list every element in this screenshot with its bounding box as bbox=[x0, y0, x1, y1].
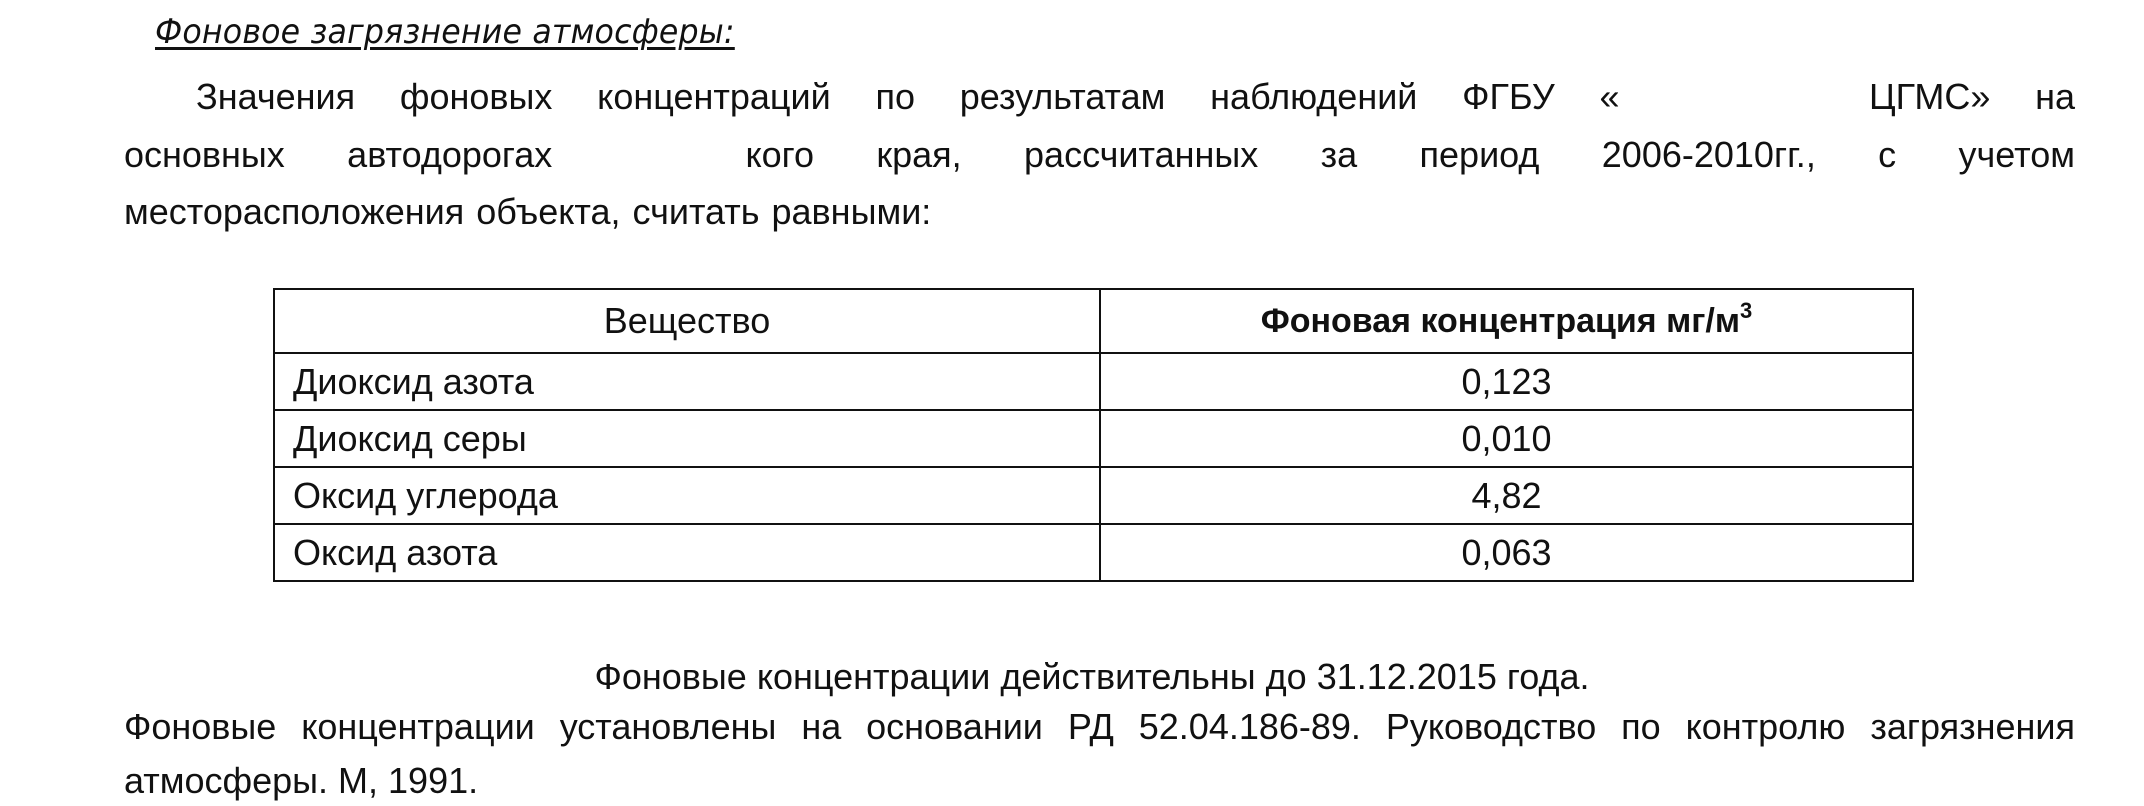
header-concentration-label: Фоновая концентрация мг/м bbox=[1261, 302, 1740, 340]
substance-cell: Диоксид серы bbox=[274, 410, 1100, 467]
substance-cell: Диоксид азота bbox=[274, 353, 1100, 410]
section-heading: Фоновое загрязнение атмосферы: bbox=[155, 10, 735, 54]
basis-note-line-1: Фоновые концентрации установлены на осно… bbox=[124, 700, 2075, 754]
background-concentration-table: Вещество Фоновая концентрация мг/м3 Диок… bbox=[273, 288, 1914, 582]
table-row: Оксид углерода 4,82 bbox=[274, 467, 1913, 524]
unit-exponent: 3 bbox=[1740, 298, 1752, 323]
intro-line-3: месторасположения объекта, считать равны… bbox=[124, 183, 2075, 241]
table-row: Диоксид серы 0,010 bbox=[274, 410, 1913, 467]
document-page: Фоновое загрязнение атмосферы: Значения … bbox=[0, 0, 2144, 806]
value-cell: 0,010 bbox=[1100, 410, 1913, 467]
header-substance: Вещество bbox=[274, 289, 1100, 353]
table-row: Диоксид азота 0,123 bbox=[274, 353, 1913, 410]
intro-paragraph: Значения фоновых концентраций по результ… bbox=[124, 68, 2075, 241]
value-cell: 0,123 bbox=[1100, 353, 1913, 410]
validity-note: Фоновые концентрации действительны до 31… bbox=[0, 652, 2144, 702]
intro-line-1: Значения фоновых концентраций по результ… bbox=[124, 68, 2075, 126]
table-header-row: Вещество Фоновая концентрация мг/м3 bbox=[274, 289, 1913, 353]
basis-note-line-2: атмосферы. М, 1991. bbox=[124, 754, 2075, 806]
redacted-region: Приморский bbox=[1619, 68, 1824, 126]
intro-line-1-end: ЦГМС» на bbox=[1869, 76, 2075, 117]
intro-line-2-start: основных автодорогах bbox=[124, 134, 552, 175]
intro-line-2-end: кого края, рассчитанных за период 2006-2… bbox=[745, 134, 2075, 175]
substance-cell: Оксид азота bbox=[274, 524, 1100, 581]
basis-note: Фоновые концентрации установлены на осно… bbox=[124, 700, 2075, 806]
value-cell: 4,82 bbox=[1100, 467, 1913, 524]
redacted-region: Примор bbox=[615, 126, 746, 184]
table-row: Оксид азота 0,063 bbox=[274, 524, 1913, 581]
intro-line-2: основных автодорогах Приморкого края, ра… bbox=[124, 126, 2075, 184]
value-cell: 0,063 bbox=[1100, 524, 1913, 581]
intro-line-1-start: Значения фоновых концентраций по результ… bbox=[196, 76, 1619, 117]
header-concentration: Фоновая концентрация мг/м3 bbox=[1100, 289, 1913, 353]
substance-cell: Оксид углерода bbox=[274, 467, 1100, 524]
